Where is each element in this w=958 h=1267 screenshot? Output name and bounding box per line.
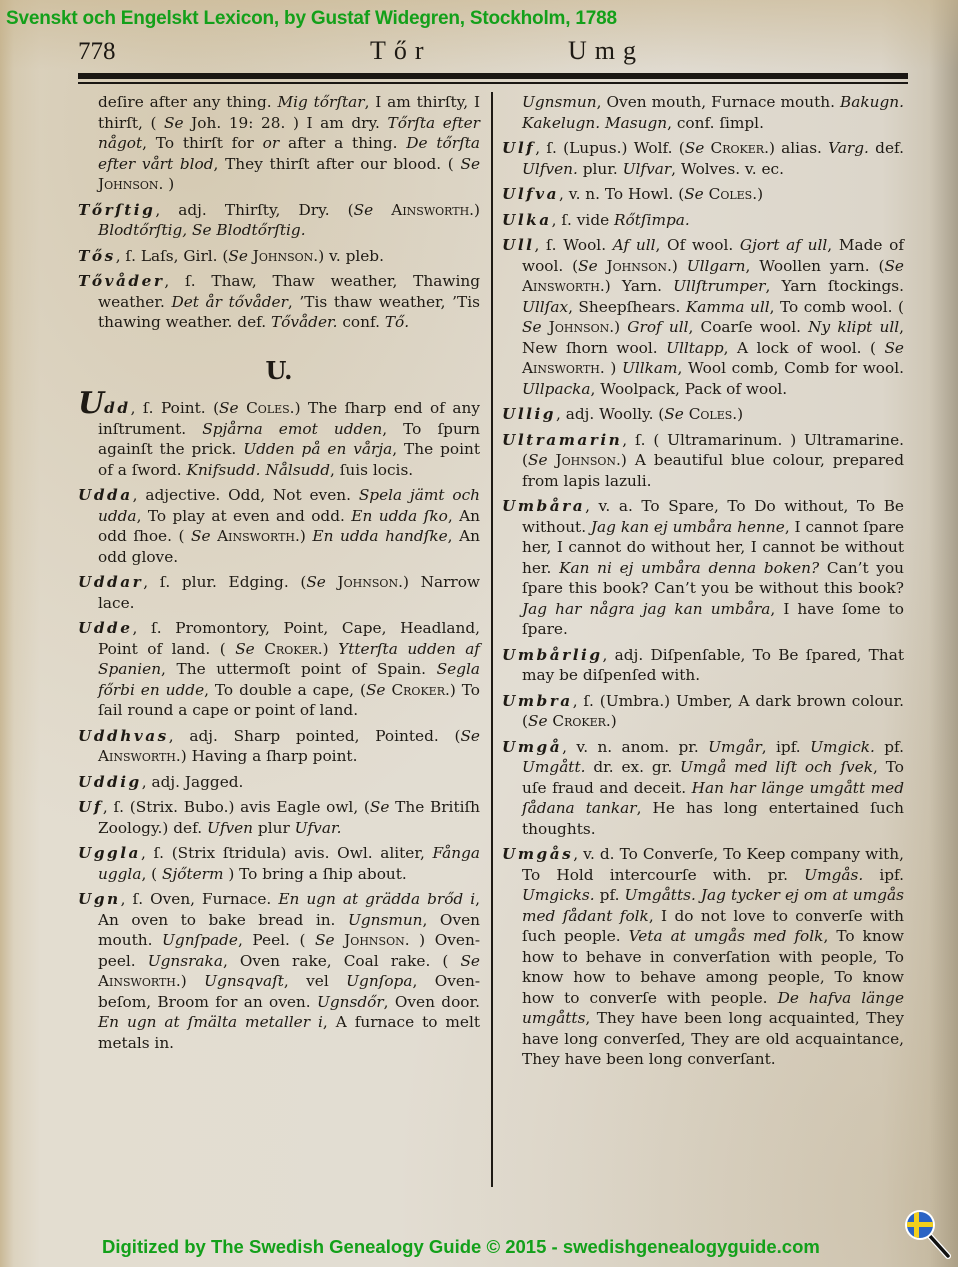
right-column: Ugnsmun, Oven mouth, Furnace mouth. Baku… (502, 92, 904, 1075)
swedish-phrase: Ugnsmun (348, 911, 423, 929)
headword: Umbårlig (502, 646, 603, 664)
swedish-phrase: Ullſtrumper (673, 277, 765, 295)
authority-citation: Ainsworth. (98, 972, 181, 990)
dictionary-entry: Uggla, ſ. (Strix ſtridula) avis. Owl. al… (78, 843, 480, 884)
headword: Umgås (502, 845, 573, 863)
swedish-phrase: Tővåder. (271, 313, 338, 331)
swedish-phrase: Se (685, 139, 705, 157)
dictionary-entry: Ugn, ſ. Oven, Furnace. En ugn at grädda … (78, 889, 480, 1053)
swedish-phrase: Ulfven. (522, 160, 578, 178)
authority-citation: Croker. (552, 712, 610, 730)
swedish-phrase: En ugn at grädda brőd i (278, 890, 475, 908)
swedish-phrase: Jag kan ej umbåra henne (591, 518, 785, 536)
authority-citation: Ainsworth. (98, 747, 181, 765)
header-rule-thick (78, 73, 908, 79)
swedish-phrase: Umgått. (522, 758, 585, 776)
definition-text: ) (300, 527, 313, 545)
swedish-phrase: Se (191, 527, 211, 545)
swedish-phrase: Ny klipt ull (808, 318, 899, 336)
guide-word-last: Umg (568, 36, 644, 66)
definition-text: , ſ. Laſs, Girl. ( (116, 247, 229, 265)
definition-text: conf. (338, 313, 385, 331)
authority-citation: Croker. (711, 139, 769, 157)
definition-text: , adjective. Odd, Not even. (133, 486, 359, 504)
headword: Uggla (78, 844, 141, 862)
definition-text: , To thirſt for (142, 134, 263, 152)
swedish-phrase: Umgå med liſt och ſvek (680, 758, 873, 776)
dictionary-entry: Umbåra, v. a. To Spare, To Do without, T… (502, 496, 904, 640)
definition-text: , Oven door. (384, 993, 480, 1011)
authority-citation: Ainsworth. (217, 527, 300, 545)
section-letter-heading: U. (78, 361, 480, 382)
dictionary-entry: Umgå, v. n. anom. pr. Umgår, ipf. Umgick… (502, 737, 904, 840)
definition-text: , Of wool. (656, 236, 740, 254)
swedish-phrase: Umgås. (804, 866, 863, 884)
definition-text: , Oven mouth, Furnace mouth. (597, 93, 840, 111)
definition-text: ) (181, 972, 204, 990)
definition-text: , ſ. vide (552, 211, 614, 229)
swedish-phrase: or (263, 134, 280, 152)
dictionary-entry: Tőrſtig, adj. Thirſty, Dry. (Se Ainswort… (78, 200, 480, 241)
definition-text: Joh. 19: 28. ) I am dry. (184, 114, 388, 132)
swedish-phrase: Jag har några jag kan umbåra (522, 600, 770, 618)
authority-citation: Johnson. (344, 931, 409, 949)
continued-entry: deſire after any thing. Mig tőrſtar, I a… (78, 92, 480, 195)
dictionary-entry: Tős, ſ. Laſs, Girl. (Se Johnson.) v. ple… (78, 246, 480, 267)
headword: Uddhvas (78, 727, 169, 745)
swedish-phrase: Ufven (207, 819, 253, 837)
swedish-phrase: Se (370, 798, 390, 816)
swedish-phrase: Ullſax (522, 298, 568, 316)
swedish-phrase: Udden på en vårja (243, 440, 392, 458)
definition-text: , adj. Thirſty, Dry. ( (155, 201, 353, 219)
definition-text (239, 399, 247, 417)
swedish-phrase: Ugnſpade (162, 931, 238, 949)
definition-text (335, 931, 345, 949)
swedish-phrase: Tő. (385, 313, 409, 331)
dictionary-entry: Udd, ſ. Point. (Se Coles.) The ſharp end… (78, 395, 480, 480)
swedish-phrase: En udda handſke (312, 527, 447, 545)
definition-text (326, 573, 338, 591)
swedish-phrase: Ugnſopa (346, 972, 412, 990)
dictionary-entry: Uddig, adj. Jagged. (78, 772, 480, 793)
swedish-phrase: Mig tőrſtar (277, 93, 364, 111)
definition-text: , Woolpack, Pack of wool. (591, 380, 788, 398)
dictionary-entry: Udde, ſ. Promontory, Point, Cape, Headla… (78, 618, 480, 721)
dictionary-entry: Ull, ſ. Wool. Af ull, Of wool. Gjort af … (502, 235, 904, 399)
headword: Udda (78, 486, 133, 504)
dictionary-entry: Ulka, ſ. vide Rőtſimpa. (502, 210, 904, 231)
swedish-phrase: Se (664, 405, 684, 423)
authority-citation: Coles. (709, 185, 757, 203)
entries-right: Ulf, ſ. (Lupus.) Wolf. (Se Croker.) alia… (502, 138, 904, 1070)
swedish-phrase: Kan ni ej umbåra denna boken? (559, 559, 819, 577)
swedish-phrase: Umgår (708, 738, 762, 756)
swedish-phrase: Se (522, 318, 542, 336)
book-title-caption: Svenskt och Engelskt Lexicon, by Gustaf … (6, 8, 617, 30)
page-number: 778 (78, 38, 116, 66)
definition-text: , Wool comb, Comb for wool. (678, 359, 904, 377)
authority-citation: Johnson. (549, 318, 614, 336)
headword: Udde (78, 619, 132, 637)
entries-before-section: Tőrſtig, adj. Thirſty, Dry. (Se Ainswort… (78, 200, 480, 333)
definition-text: ) To bring a ſhip about. (223, 865, 406, 883)
swedish-phrase: Se (884, 339, 904, 357)
swedish-phrase: Se (528, 712, 548, 730)
headword: Uddar (78, 573, 143, 591)
swedish-phrase: Se (366, 681, 386, 699)
headword: Ulf (502, 139, 535, 157)
swedish-phrase: Af ull (613, 236, 656, 254)
definition-text: , Wolves. v. ec. (671, 160, 784, 178)
headword: Umgå (502, 738, 562, 756)
swedish-phrase: Veta at umgås med folk (629, 927, 824, 945)
definition-text: ) (737, 405, 743, 423)
definition-text: , A lock of wool. ( (724, 339, 885, 357)
definition-text (373, 201, 391, 219)
swedish-phrase: Ugnsraka (148, 952, 223, 970)
authority-citation: Ainsworth. (522, 277, 605, 295)
continued-entry: Ugnsmun, Oven mouth, Furnace mouth. Baku… (502, 92, 904, 133)
definition-text: , vel (284, 972, 346, 990)
swedish-phrase: Knifsudd. Nålsudd (187, 461, 331, 479)
definition-text: , To play at even and odd. (137, 507, 352, 525)
swedish-phrase: Rőtſimpa. (614, 211, 690, 229)
definition-text: dr. ex. gr. (585, 758, 680, 776)
swedish-phrase: Se (306, 573, 326, 591)
headword: Ull (502, 236, 534, 254)
definition-text (542, 318, 549, 336)
swedish-phrase: Ufvar. (295, 819, 342, 837)
definition-text: , ſ. (Strix. Bubo.) avis Eagle owl, ( (103, 798, 370, 816)
swedish-phrase: Grof ull (627, 318, 688, 336)
dictionary-entry: Umbårlig, adj. Diſpenſable, To Be ſpared… (502, 645, 904, 686)
dictionary-entry: Tővåder, ſ. Thaw, Thaw weather, Thawing … (78, 271, 480, 333)
definition-text: ) Having a ſharp point. (181, 747, 358, 765)
headword: Udd (78, 399, 131, 417)
definition-text: def. (869, 139, 904, 157)
swedish-phrase: Se (528, 451, 548, 469)
definition-text: , v. n. anom. pr. (562, 738, 708, 756)
column-divider (491, 92, 493, 1187)
authority-citation: Johnson. (607, 257, 672, 275)
swedish-phrase: Se (460, 952, 480, 970)
dictionary-entry: Udda, adjective. Odd, Not even. Spela jä… (78, 485, 480, 567)
definition-text: , ſ. (Strix ſtridula) avis. Owl. aliter, (141, 844, 433, 862)
definition-text: , ( (141, 865, 162, 883)
authority-citation: Ainsworth. (391, 201, 474, 219)
swedish-phrase: Ugnsdőr (317, 993, 384, 1011)
definition-text: deſire after any thing. (98, 93, 277, 111)
authority-citation: Johnson. (338, 573, 403, 591)
dictionary-entry: Umgås, v. d. To Converſe, To Keep compan… (502, 844, 904, 1070)
swedish-phrase: Kamma ull (686, 298, 770, 316)
definition-text: , adj. Jagged. (142, 773, 244, 791)
authority-citation: Croker. (391, 681, 449, 699)
swedish-phrase: Ugnsqvaſt (204, 972, 284, 990)
headword: Ulka (502, 211, 552, 229)
swedish-phrase: Se (460, 727, 480, 745)
headword: Ugn (78, 890, 121, 908)
swedish-phrase: Blodtőrſtig, Se Blodtőrſtig. (98, 221, 306, 239)
headword: Uf (78, 798, 103, 816)
header-rule-thin (78, 82, 908, 84)
headword: Ulfva (502, 185, 559, 203)
definition-text: ) alias. (769, 139, 828, 157)
definition-text: , To double a cape, ( (204, 681, 366, 699)
swedish-phrase: Se (884, 257, 904, 275)
swedish-phrase: Se (354, 201, 374, 219)
swedish-phrase: Se (235, 640, 255, 658)
swedish-phrase: Se (460, 155, 480, 173)
headword: Tőrſtig (78, 201, 155, 219)
swedish-phrase: Se (578, 257, 598, 275)
dictionary-entry: Uddhvas, adj. Sharp pointed, Pointed. (S… (78, 726, 480, 767)
definition-text: , They thirſt after our blood. ( (214, 155, 461, 173)
headword: Ullig (502, 405, 556, 423)
headword: Tős (78, 247, 116, 265)
definition-text: , Yarn ſtockings. (765, 277, 904, 295)
definition-text: , ſ. Oven, Furnace. (121, 890, 279, 908)
dictionary-entry: Ullig, adj. Woolly. (Se Coles.) (502, 404, 904, 425)
swedish-phrase: Se (315, 931, 335, 949)
dictionary-entry: Uf, ſ. (Strix. Bubo.) avis Eagle owl, (S… (78, 797, 480, 838)
definition-text: ) (474, 201, 480, 219)
swedish-phrase: Det år tővåder (171, 293, 287, 311)
definition-text: after a thing. (279, 134, 406, 152)
authority-citation: Johnson. (253, 247, 318, 265)
definition-text: ) (323, 640, 338, 658)
definition-text: ) (757, 185, 763, 203)
definition-text: , v. n. To Howl. ( (559, 185, 684, 203)
definition-text: ) (611, 712, 617, 730)
digitized-by-caption: Digitized by The Swedish Genealogy Guide… (102, 1236, 820, 1258)
swedish-phrase: Ulfvar (623, 160, 672, 178)
definition-text (598, 257, 607, 275)
authority-citation: Ainsworth. (522, 359, 605, 377)
definition-text: ) (163, 175, 174, 193)
headword: Umbåra (502, 497, 585, 515)
swedish-phrase: Sjőterm (162, 865, 223, 883)
swedish-phrase: Ullpacka (522, 380, 591, 398)
definition-text: , Peel. ( (238, 931, 315, 949)
headword: Uddig (78, 773, 142, 791)
definition-text: , Oven rake, Coal rake. ( (223, 952, 461, 970)
definition-text: , ſ. (Lupus.) Wolf. ( (535, 139, 684, 157)
definition-text (255, 640, 265, 658)
headword: Ultramarin (502, 431, 622, 449)
definition-text: ) Yarn. (605, 277, 673, 295)
definition-text: pf. (875, 738, 904, 756)
authority-citation: Johnson. (555, 451, 620, 469)
definition-text: plur (253, 819, 295, 837)
definition-text: pf. (595, 886, 625, 904)
definition-text: , ipf. (762, 738, 810, 756)
headword: Tővåder (78, 272, 164, 290)
definition-text: , ſ. plur. Edging. ( (143, 573, 306, 591)
dictionary-entry: Umbra, ſ. (Umbra.) Umber, A dark brown c… (502, 691, 904, 732)
magnifier-swedish-flag-icon (902, 1208, 954, 1260)
left-column: deſire after any thing. Mig tőrſtar, I a… (78, 92, 480, 1058)
authority-citation: Coles. (246, 399, 294, 417)
swedish-phrase: Umgicks. (522, 886, 595, 904)
definition-text: ) (614, 318, 627, 336)
guide-word-first: Tőr (370, 36, 432, 66)
swedish-phrase: Gjort af ull (740, 236, 827, 254)
dictionary-entry: Uddar, ſ. plur. Edging. (Se Johnson.) Na… (78, 572, 480, 613)
definition-text: ) (605, 359, 622, 377)
definition-text: ipf. (863, 866, 904, 884)
swedish-phrase: Se (684, 185, 704, 203)
definition-text: , Coarſe wool. (688, 318, 808, 336)
definition-text: , ſuis locis. (330, 461, 413, 479)
swedish-phrase: Ugnsmun (522, 93, 597, 111)
swedish-phrase: Varg. (828, 139, 869, 157)
definition-text: , Woollen yarn. ( (746, 257, 885, 275)
swedish-phrase: En ugn at ſmälta metaller i (98, 1013, 323, 1031)
swedish-phrase: Umgick. (810, 738, 875, 756)
definition-text: , Sheepſhears. (568, 298, 686, 316)
swedish-phrase: Spjårna emot udden (202, 420, 382, 438)
swedish-phrase: Ullgarn (687, 257, 746, 275)
headword: Umbra (502, 692, 573, 710)
definition-text: , adj. Sharp pointed, Pointed. ( (169, 727, 461, 745)
swedish-phrase: Se (228, 247, 248, 265)
definition-text: , ſ. Wool. (534, 236, 612, 254)
swedish-phrase: Ullkam (622, 359, 678, 377)
definition-text: plur. (578, 160, 623, 178)
definition-text: ) (672, 257, 687, 275)
dictionary-entry: Ultramarin, ſ. ( Ultramarinum. ) Ultrama… (502, 430, 904, 492)
definition-text: ) v. pleb. (318, 247, 384, 265)
swedish-phrase: Se (164, 114, 184, 132)
definition-text: , conf. ſimpl. (667, 114, 764, 132)
authority-citation: Coles. (689, 405, 737, 423)
running-head: 778 Tőr Umg (0, 34, 958, 74)
authority-citation: Johnson. (98, 175, 163, 193)
entries-section-u: Udd, ſ. Point. (Se Coles.) The ſharp end… (78, 395, 480, 1053)
dictionary-entry: Ulfva, v. n. To Howl. (Se Coles.) (502, 184, 904, 205)
definition-text: , The uttermoſt point of Spain. (161, 660, 437, 678)
authority-citation: Croker. (264, 640, 322, 658)
swedish-phrase: En udda ſko (351, 507, 448, 525)
swedish-phrase: Se (219, 399, 239, 417)
definition-text: , adj. Woolly. ( (556, 405, 664, 423)
swedish-phrase: Ulltapp (666, 339, 724, 357)
dictionary-entry: Ulf, ſ. (Lupus.) Wolf. (Se Croker.) alia… (502, 138, 904, 179)
definition-text: , ſ. Point. ( (131, 399, 219, 417)
swedish-phrase: Umgåtts. (625, 886, 696, 904)
definition-text: , To comb wool. ( (770, 298, 904, 316)
